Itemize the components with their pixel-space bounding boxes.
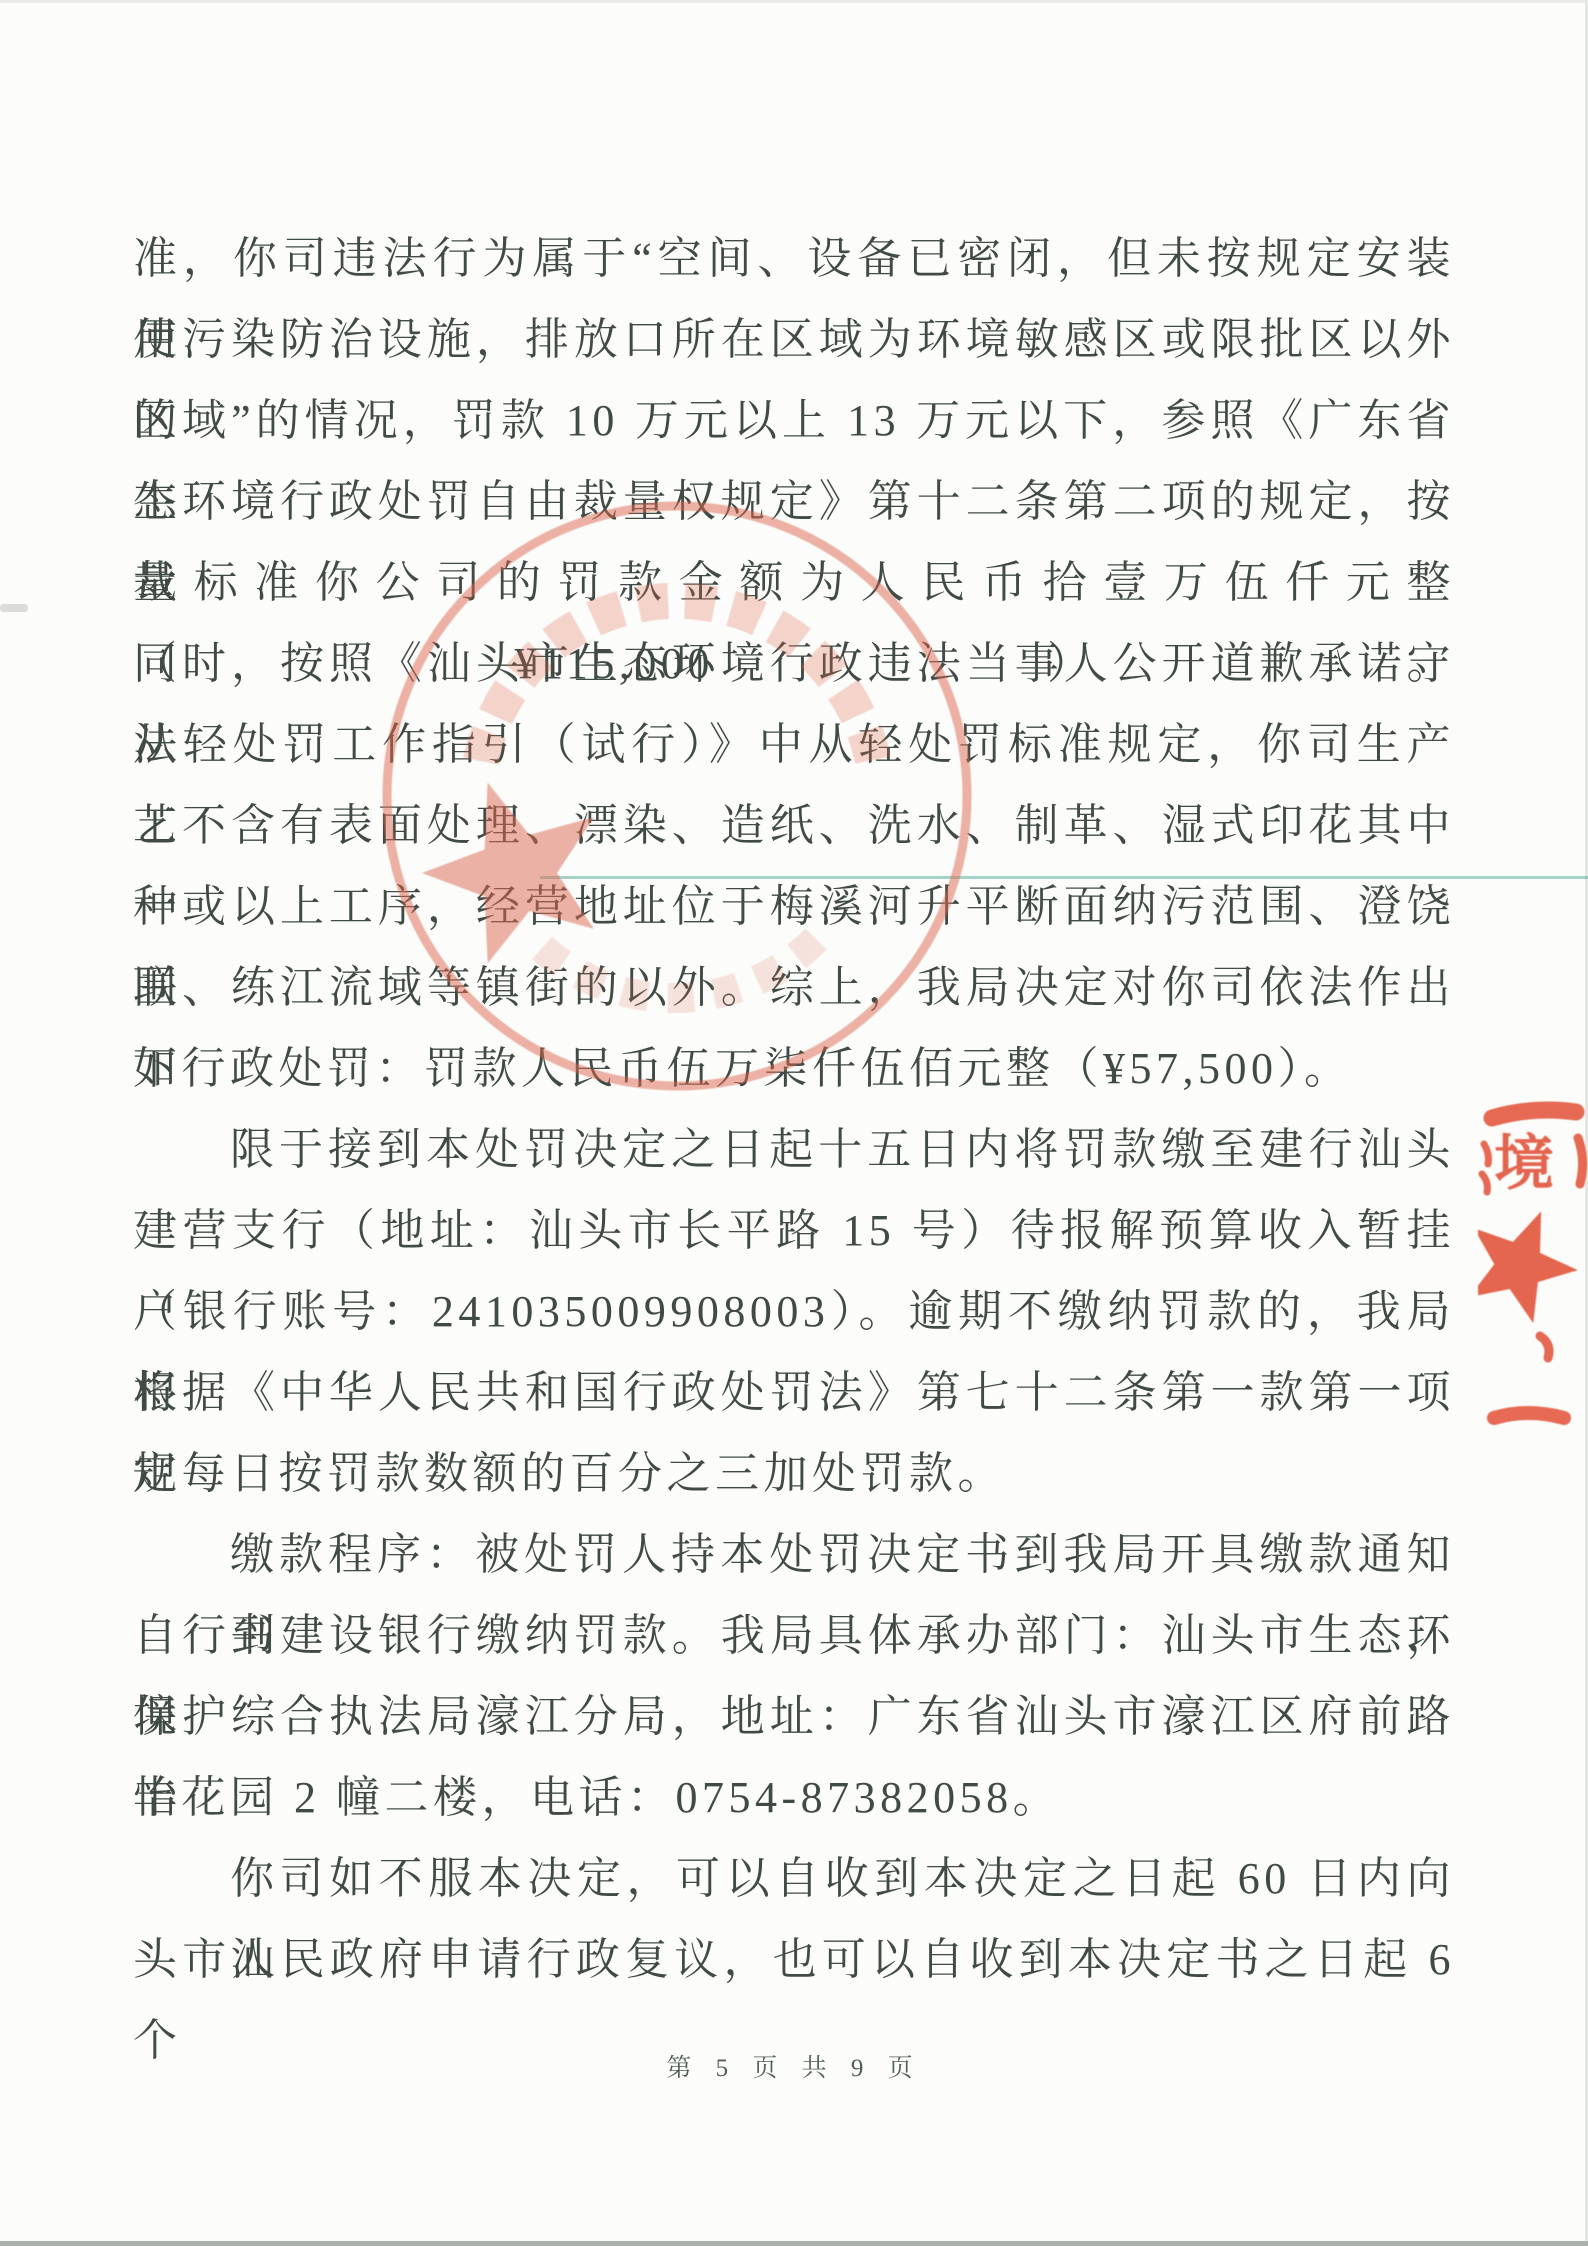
text-line: 艺不含有表面处理、漂染、造纸、洗水、制革、湿式印花其中一	[133, 785, 1455, 866]
text-line: 下行政处罚：罚款人民币伍万柒仟伍佰元整（¥57,500）。	[133, 1028, 1455, 1109]
text-line: 丰花园 2 幢二楼，电话：0754-87382058。	[133, 1757, 1455, 1838]
scan-edge-top	[0, 0, 1588, 3]
edge-seal-crescent	[1540, 1336, 1549, 1358]
text-line: 区域”的情况，罚款 10 万元以上 13 万元以下，参照《广东省生	[133, 380, 1455, 461]
text-line: 围、练江流域等镇街的以外。综上，我局决定对你司依法作出如	[133, 947, 1455, 1028]
edge-seal-stroke	[1484, 1144, 1489, 1164]
text-line: 同时，按照《汕头市生态环境行政违法当事人公开道歉承诺守法	[133, 623, 1455, 704]
page-footer: 第 5 页 共 9 页	[0, 2048, 1588, 2084]
text-line: 建营支行（地址：汕头市长平路 15 号）待报解预算收入暂挂户	[133, 1190, 1455, 1271]
scan-smudge	[148, 1384, 164, 1389]
edge-seal-stroke	[1578, 1138, 1583, 1184]
text-line: 态环境行政处罚自由裁量权规定》第十二条第二项的规定，按裁	[133, 461, 1455, 542]
edge-seal-top-bar	[1492, 1110, 1576, 1118]
text-line: （银行账号：241035009908003）。逾期不缴纳罚款的，我局将	[133, 1271, 1455, 1352]
page-number-text: 第 5 页 共 9 页	[666, 2055, 921, 2082]
edge-seal-bottom-bar	[1494, 1413, 1564, 1418]
text-line: 根据《中华人民共和国行政处罚法》第七十二条第一款第一项规	[133, 1352, 1455, 1433]
text-line: 用污染防治设施，排放口所在区域为环境敏感区或限批区以外的	[133, 299, 1455, 380]
scan-edge-bottom	[0, 2241, 1588, 2246]
text-line: 缴款程序：被处罚人持本处罚决定书到我局开具缴款通知书，	[133, 1514, 1455, 1595]
text-line: 你司如不服本决定，可以自收到本决定之日起 60 日内向汕	[133, 1838, 1455, 1919]
text-line: 定每日按罚款数额的百分之三加处罚款。	[133, 1433, 1455, 1514]
text-line: 准，你司违法行为属于“空间、设备已密闭，但未按规定安装使	[133, 218, 1455, 299]
scan-artifact-line	[540, 876, 1588, 879]
scan-smudge	[0, 604, 28, 612]
edge-seal-char: 境	[1494, 1131, 1554, 1197]
text-line: 自行到建设银行缴纳罚款。我局具体承办部门：汕头市生态环境	[133, 1595, 1455, 1676]
edge-seal-stroke	[1482, 1174, 1487, 1192]
document-body-text: 准，你司违法行为属于“空间、设备已密闭，但未按规定安装使用污染防治设施，排放口所…	[133, 218, 1455, 2000]
text-line: 从轻处罚工作指引（试行）》中从轻处罚标准规定，你司生产工	[133, 704, 1455, 785]
edge-seal-fragment: 境	[1478, 1078, 1588, 1458]
text-line: 限于接到本处罚决定之日起十五日内将罚款缴至建行汕头	[133, 1109, 1455, 1190]
scanned-document-page: 准，你司违法行为属于“空间、设备已密闭，但未按规定安装使用污染防治设施，排放口所…	[0, 0, 1588, 2246]
text-line: 保护综合执法局濠江分局，地址：广东省汕头市濠江区府前路怡	[133, 1676, 1455, 1757]
edge-seal-star-icon	[1478, 1190, 1588, 1331]
text-line: 量标准你公司的罚款金额为人民币拾壹万伍仟元整（¥115,000）。	[133, 542, 1455, 623]
text-line: 头市人民政府申请行政复议，也可以自收到本决定书之日起 6 个	[133, 1919, 1455, 2000]
